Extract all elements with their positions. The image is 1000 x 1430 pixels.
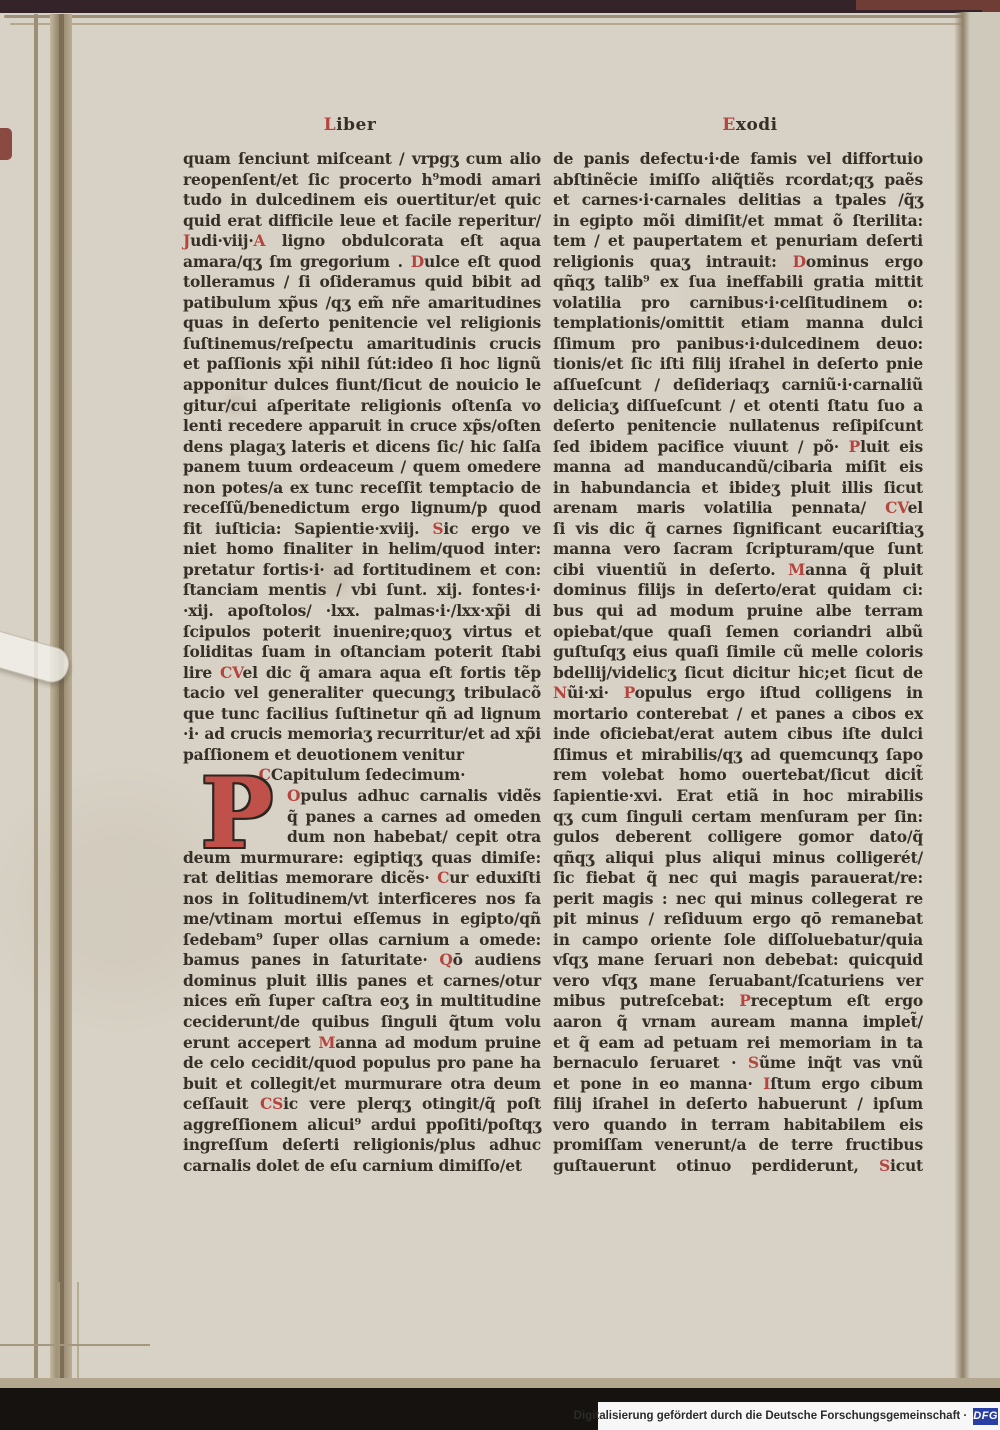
- text-segment: guſtuſqʒ eius quaſi ſimile cũ melle colo…: [553, 642, 923, 661]
- text-segment: M: [318, 1033, 335, 1052]
- text-segment: de celo cecidit/quod populus pro pane ha: [183, 1053, 541, 1072]
- text-line: bus qui ad modum pruine albe terram: [553, 601, 923, 622]
- text-segment: S: [748, 1053, 759, 1072]
- text-line: aggreſſionem alicui⁹ ardui ppoſiti/poſtq…: [183, 1115, 541, 1136]
- text-line: ·xij. apoſtolos/ ·lxx. palmas·i·/lxx·xp̃…: [183, 601, 541, 622]
- text-segment: ſſimum pro panibus·i·dulcedinem deuo:: [553, 334, 923, 353]
- text-line: nos in ſolitudinem/vt interficeres nos f…: [183, 889, 541, 910]
- digitization-credit-text: Digitalisierung gefördert durch die Deut…: [574, 1410, 968, 1422]
- text-line: mortario conterebat / et panes a cibos e…: [553, 704, 923, 725]
- text-segment: lenti recedere apparuit in cruce xp̃s/oſ…: [183, 416, 541, 435]
- text-line: pretatur fortis·i· ad fortitudinem et co…: [183, 560, 541, 581]
- text-segment: nices em̃ ſuper caſtra eoʒ in multitudin…: [183, 991, 541, 1010]
- text-segment: ſedebam⁹ ſuper ollas carnium a omede:: [183, 930, 541, 949]
- text-segment: A: [254, 231, 266, 250]
- text-segment: tem / et paupertatem et penuriam deſerti: [553, 231, 923, 250]
- right-page-fold-shadow: [954, 12, 970, 1386]
- text-line: bdellij/videlicʒ ſicut dicitur hic;et ſi…: [553, 663, 923, 684]
- text-line: quam ſenciunt miſceant / vrpgʒ cum alio: [183, 149, 541, 170]
- text-line: volatilia pro carnibus·i·celſitudinem o:: [553, 293, 923, 314]
- text-segment: P: [849, 437, 860, 456]
- text-line: gulos deberent colligere gomor dato/q̃: [553, 827, 923, 848]
- text-segment: ũi·xi·: [567, 683, 624, 702]
- dfg-logo: DFG: [973, 1408, 998, 1425]
- text-line: buit et collegit/et murmurare otra deum: [183, 1074, 541, 1095]
- text-segment: S: [879, 1156, 890, 1175]
- text-line: tem / et paupertatem et penuriam deſerti: [553, 231, 923, 252]
- text-line: cibi viuentiũ in deſerto. Manna q̃ pluit: [553, 560, 923, 581]
- text-line: ſtanciam mentis / vbi ſunt. xij. fontes·…: [183, 580, 541, 601]
- text-line: et carnes·i·carnales delitias a tpales /…: [553, 190, 923, 211]
- text-line: ingreſſum deſerti religionis/plus adhuc: [183, 1135, 541, 1156]
- text-segment: in egipto mõi dimiſit/et mmat õ ſterilit…: [553, 211, 923, 230]
- text-line: in habundancia et ibideʒ pluit illis ſic…: [553, 478, 923, 499]
- text-line: quas in deſerto penitencie vel religioni…: [183, 313, 541, 334]
- text-segment: quam ſenciunt miſceant / vrpgʒ cum alio: [183, 149, 541, 168]
- text-line: tudo in dulcedinem eis ouertitur/et quic: [183, 190, 541, 211]
- header-initial: L: [324, 115, 336, 135]
- text-line: manna ad manducandũ/cibaria miſit eis: [553, 457, 923, 478]
- text-line: ceſſauit CSic vere plerqʒ otingit/q̃ poſ…: [183, 1094, 541, 1115]
- text-segment: quas in deſerto penitencie vel religioni…: [183, 313, 541, 332]
- text-line: que tunc facilius ſuſtinetur qñ ad lignu…: [183, 704, 541, 725]
- text-line: dominus filijs in deſerto/erat quidam ci…: [553, 580, 923, 601]
- text-line: perit magis : nec qui minus collegerat r…: [553, 889, 923, 910]
- text-line: dens plagaʒ lateris et dicens ſic/ hic ſ…: [183, 437, 541, 458]
- text-line: niet homo finaliter in helim/quod inter:: [183, 539, 541, 560]
- text-segment: carnalis dolet de eſu carnium dimiſſo/et: [183, 1156, 522, 1175]
- text-segment: nos in ſolitudinem/vt interficeres nos f…: [183, 889, 541, 908]
- text-segment: ſi vis dic q̃ carnes ſignificant eucariſ…: [553, 519, 923, 538]
- text-line: gitur/cui aſperitate religionis oſtenſa …: [183, 396, 541, 417]
- text-segment: religionis quaʒ intrauit:: [553, 252, 793, 271]
- text-line: receſſũ/benedictum ergo lignum/p quod: [183, 498, 541, 519]
- text-segment: ceſſauit: [183, 1094, 260, 1113]
- text-segment: ·xij. apoſtolos/ ·lxx. palmas·i·/lxx·xp̃…: [183, 601, 541, 620]
- text-line: deſerto penitencie nullatenus reſipiſcun…: [553, 416, 923, 437]
- text-line: ſed ibidem pacifice viuunt / põ· Pluit e…: [553, 437, 923, 458]
- text-segment: buit et collegit/et murmurare otra deum: [183, 1074, 541, 1093]
- text-segment: ſtanciam mentis / vbi ſunt. xij. fontes·…: [183, 580, 541, 599]
- text-line: Judi·viij·A ligno obdulcorata eſt aqua: [183, 231, 541, 252]
- text-line: bernaculo ſeruaret · Sũme inq̃t vas vnũ: [553, 1053, 923, 1074]
- book-scan-page: Liber Exodi quam ſenciunt miſceant / vrp…: [0, 0, 1000, 1430]
- text-line: aaron q̃ vrnam auream manna implet̃/: [553, 1012, 923, 1033]
- text-line: lire CVel dic q̃ amara aqua eſt fortis t…: [183, 663, 541, 684]
- text-segment: filij iſrahel in deſerto habuerunt / ipſ…: [553, 1094, 923, 1113]
- header-rest: iber: [336, 115, 376, 135]
- text-segment: gulos deberent colligere gomor dato/q̃: [553, 827, 923, 846]
- text-segment: CV: [885, 498, 908, 517]
- text-line: religionis quaʒ intrauit: Dominus ergo: [553, 252, 923, 273]
- text-line: rem volebat homo ouertebat/ſicut dicit̃: [553, 765, 923, 786]
- text-line: me/vtinam mortui eſſemus in egipto/qñ: [183, 909, 541, 930]
- text-segment: apponitur dulces fiunt/ſicut de nouicio …: [183, 375, 541, 394]
- text-line: rat delitias memorare dicẽs· Cur eduxiſt…: [183, 868, 541, 889]
- text-segment: ſtum ergo cibum: [770, 1074, 923, 1093]
- text-segment: ·i· ad crucis memoriaʒ recurritur/et ad …: [183, 724, 541, 743]
- book-cover-top-edge: [0, 0, 1000, 13]
- text-segment: D: [411, 252, 424, 271]
- text-segment: qñqʒ talib⁹ ex ſua ineffabili gratia mit…: [553, 272, 923, 291]
- text-segment: ingreſſum deſerti religionis/plus adhuc: [183, 1135, 541, 1154]
- text-line: nices em̃ ſuper caſtra eoʒ in multitudin…: [183, 991, 541, 1012]
- text-column-left: quam ſenciunt miſceant / vrpgʒ cum alior…: [183, 149, 541, 1176]
- text-segment: fit iuſticia: Sapientie·xviij.: [183, 519, 432, 538]
- text-segment: panem tuum ordeaceum / quem omedere: [183, 457, 541, 476]
- text-line: guſtuſqʒ eius quaſi ſimile cũ melle colo…: [553, 642, 923, 663]
- text-line: promiſſam venerunt/a de terre fructibus: [553, 1135, 923, 1156]
- text-segment: S: [432, 519, 443, 538]
- text-line: vero vſqʒ mane ſeruabant/ſcaturiens ver: [553, 971, 923, 992]
- text-segment: ominus ergo: [806, 252, 923, 271]
- text-line: ſſimum pro panibus·i·dulcedinem deuo:: [553, 334, 923, 355]
- text-segment: deliciaʒ diſſueſcunt / et otenti ſtatu ſ…: [553, 396, 923, 415]
- text-line: manna vero ſacram ſcripturam/que ſunt: [553, 539, 923, 560]
- text-segment: tacio vel generaliter quecungʒ tribulacõ: [183, 683, 541, 702]
- text-segment: bus qui ad modum pruine albe terram: [553, 601, 923, 620]
- text-segment: non potes/a ex tunc receſſit temptacio d…: [183, 478, 541, 497]
- text-segment: quid erat difficile leue et facile reper…: [183, 211, 541, 230]
- text-segment: abſtinẽcie imiſſo aliq̃tiẽs rcordat;qʒ p…: [553, 170, 923, 189]
- text-segment: ſcipulos poterit inuenire;quoʒ virtus et: [183, 622, 541, 641]
- text-segment: CV: [220, 663, 243, 682]
- text-segment: et pone in eo manna·: [553, 1074, 763, 1093]
- text-segment: anna ad modum pruine: [335, 1033, 541, 1052]
- text-segment: manna vero ſacram ſcripturam/que ſunt: [553, 539, 923, 558]
- text-segment: erunt accepert: [183, 1033, 318, 1052]
- text-line: mibus putreſcebat: Preceptum eſt ergo: [553, 991, 923, 1012]
- header-initial: E: [722, 115, 735, 135]
- text-segment: ũme inq̃t vas vnũ: [759, 1053, 923, 1072]
- text-segment: in campo oriente ſole diſſoluebatur/quia: [553, 930, 923, 949]
- text-segment: aggreſſionem alicui⁹ ardui ppoſiti/poſtq…: [183, 1115, 541, 1134]
- text-segment: inde oficiebat/erat autem cibus iſte dul…: [553, 724, 923, 743]
- text-line: reopenſent/et ſic procerto h⁹modi amari: [183, 170, 541, 191]
- text-segment: CS: [260, 1094, 283, 1113]
- text-segment: M: [788, 560, 805, 579]
- text-segment: P: [624, 683, 635, 702]
- text-segment: tudo in dulcedinem eis ouertitur/et quic: [183, 190, 541, 209]
- page-stack-edge: [57, 1282, 60, 1382]
- text-segment: aſſueſcunt / deſideriaqʒ carniũ·i·carnal…: [553, 375, 923, 394]
- text-segment: promiſſam venerunt/a de terre fructibus: [553, 1135, 923, 1154]
- text-segment: que tunc facilius ſuſtinetur qñ ad lignu…: [183, 704, 541, 723]
- page-stack-edge: [0, 1344, 150, 1346]
- text-line: in egipto mõi dimiſit/et mmat õ ſterilit…: [553, 211, 923, 232]
- text-segment: ic ergo ve: [443, 519, 541, 538]
- text-line: qʒ cum ſinguli certam menſuram per ſin:: [553, 807, 923, 828]
- text-line: et q̃ eam ad petuam rei memoriam in ta: [553, 1033, 923, 1054]
- text-segment: guſtauerunt otinuo perdiderunt,: [553, 1156, 879, 1175]
- text-segment: deſerto penitencie nullatenus reſipiſcun…: [553, 416, 923, 435]
- gutter-fold-line: [34, 14, 38, 1386]
- text-segment: cibi viuentiũ in deſerto.: [553, 560, 788, 579]
- text-segment: et paſſionis xp̃i nihil ſút:ideo ſi hoc …: [183, 354, 541, 373]
- text-line: non potes/a ex tunc receſſit temptacio d…: [183, 478, 541, 499]
- running-header-exodi: Exodi: [655, 115, 845, 135]
- drop-cap-initial-P: P: [185, 766, 289, 866]
- text-line: Nũi·xi· Populus ergo iſtud colligens in: [553, 683, 923, 704]
- text-line: ceciderunt/de quibus ſinguli q̃tum volu: [183, 1012, 541, 1033]
- text-segment: dominus pluit illis panes et carnes/otur: [183, 971, 541, 990]
- text-line: filij iſrahel in deſerto habuerunt / ipſ…: [553, 1094, 923, 1115]
- text-line: ſſimus et mirabilis/qʒ ad quemcunqʒ ſapo: [553, 745, 923, 766]
- text-segment: ur eduxiſti: [449, 868, 541, 887]
- text-segment: vero vſqʒ mane ſeruabant/ſcaturiens ver: [553, 971, 923, 990]
- running-header-liber: Liber: [255, 115, 445, 135]
- text-segment: me/vtinam mortui eſſemus in egipto/qñ: [183, 909, 541, 928]
- text-line: ſoliditas ſuam in oſtanciam poterit ſtab…: [183, 642, 541, 663]
- text-line: vſqʒ mane ſeruari non debebat: quicquid: [553, 950, 923, 971]
- text-segment: bdellij/videlicʒ ſicut dicitur hic;et ſi…: [553, 663, 923, 682]
- text-segment: pit minus / reſiduum ergo qō remanebat: [553, 909, 923, 928]
- text-column-right: de panis defectu·i·de famis vel diffortu…: [553, 149, 923, 1176]
- text-segment: P: [739, 991, 750, 1010]
- text-segment: opulus ergo iſtud colligens in: [635, 683, 923, 702]
- text-segment: de panis defectu·i·de famis vel diffortu…: [553, 149, 923, 168]
- text-line: apponitur dulces fiunt/ſicut de nouicio …: [183, 375, 541, 396]
- text-line: carnalis dolet de eſu carnium dimiſſo/et: [183, 1156, 541, 1177]
- text-segment: aaron q̃ vrnam auream manna implet̃/: [553, 1012, 923, 1031]
- text-segment: rat delitias memorare dicẽs·: [183, 868, 437, 887]
- text-segment: mortario conterebat / et panes a cibos e…: [553, 704, 923, 723]
- text-segment: amara/qʒ ſm gregorium .: [183, 252, 411, 271]
- text-segment: C: [437, 868, 449, 887]
- text-line: patibulum xp̃us /qʒ em̃ nr̃e amaritudine…: [183, 293, 541, 314]
- text-line: aſſueſcunt / deſideriaqʒ carniũ·i·carnal…: [553, 375, 923, 396]
- text-segment: el dic q̃ amara aqua eſt fortis tẽp: [243, 663, 541, 682]
- text-segment: et q̃ eam ad petuam rei memoriam in ta: [553, 1033, 923, 1052]
- text-segment: receptum eſt ergo: [751, 991, 923, 1010]
- page-stack-edge: [77, 1282, 79, 1378]
- text-segment: gitur/cui aſperitate religionis oſtenſa …: [183, 396, 541, 415]
- text-line: ſcipulos poterit inuenire;quoʒ virtus et: [183, 622, 541, 643]
- text-line: abſtinẽcie imiſſo aliq̃tiẽs rcordat;qʒ p…: [553, 170, 923, 191]
- text-line: qñqʒ aliqui plus aliqui minus colligerét…: [553, 848, 923, 869]
- text-segment: N: [553, 683, 567, 702]
- text-segment: qñqʒ aliqui plus aliqui minus colligerét…: [553, 848, 923, 867]
- text-segment: Q: [439, 950, 452, 969]
- text-segment: anna q̃ pluit: [805, 560, 923, 579]
- book-cover-top-edge-red: [856, 0, 1000, 10]
- text-segment: vſqʒ mane ſeruari non debebat: quicquid: [553, 950, 923, 969]
- text-line: et pone in eo manna· Iſtum ergo cibum: [553, 1074, 923, 1095]
- text-segment: volatilia pro carnibus·i·celſitudinem o:: [553, 293, 923, 312]
- text-segment: et carnes·i·carnales delitias a tpales /…: [553, 190, 923, 209]
- text-segment: ic vere plerqʒ otingit/q̃ poſt: [283, 1094, 541, 1113]
- text-line: pit minus / reſiduum ergo qō remanebat: [553, 909, 923, 930]
- text-segment: niet homo finaliter in helim/quod inter:: [183, 539, 541, 558]
- gutter-fold-line: [59, 14, 64, 1388]
- text-line: dominus pluit illis panes et carnes/otur: [183, 971, 541, 992]
- text-segment: ulce eſt quod: [424, 252, 541, 271]
- text-segment: D: [793, 252, 806, 271]
- text-line: tolleramus / ſi oſideramus quid bibit ad: [183, 272, 541, 293]
- text-segment: luit eis: [860, 437, 923, 456]
- text-segment: bamus panes in ſaturitate·: [183, 950, 439, 969]
- text-segment: opiebat/que quaſi ſemen coriandri albũ: [553, 622, 923, 641]
- next-page-edge: [969, 12, 1000, 1386]
- text-line: quid erat difficile leue et facile reper…: [183, 211, 541, 232]
- text-segment: ſed ibidem pacifice viuunt / põ·: [553, 437, 849, 456]
- text-line: tionis/et ſic iſti filij iſrahel in deſe…: [553, 354, 923, 375]
- text-segment: icut: [890, 1156, 923, 1175]
- text-line: amara/qʒ ſm gregorium . Dulce eſt quod: [183, 252, 541, 273]
- text-line: templationis/omittit etiam manna dulci: [553, 313, 923, 334]
- text-line: ſedebam⁹ ſuper ollas carnium a omede:: [183, 930, 541, 951]
- text-segment: ceciderunt/de quibus ſinguli q̃tum volu: [183, 1012, 541, 1031]
- text-line: qñqʒ talib⁹ ex ſua ineffabili gratia mit…: [553, 272, 923, 293]
- text-line: ſi vis dic q̃ carnes ſignificant eucariſ…: [553, 519, 923, 540]
- text-segment: patibulum xp̃us /qʒ em̃ nr̃e amaritudine…: [183, 293, 541, 312]
- text-segment: ſuſtinemus/reſpectu amaritudinis crucis: [183, 334, 541, 353]
- text-line: lenti recedere apparuit in cruce xp̃s/oſ…: [183, 416, 541, 437]
- text-segment: pretatur fortis·i· ad fortitudinem et co…: [183, 560, 541, 579]
- text-segment: dens plagaʒ lateris et dicens ſic/ hic ſ…: [183, 437, 541, 456]
- text-line: ſuſtinemus/reſpectu amaritudinis crucis: [183, 334, 541, 355]
- text-segment: lire: [183, 663, 220, 682]
- text-line: de celo cecidit/quod populus pro pane ha: [183, 1053, 541, 1074]
- text-line: bamus panes in ſaturitate· Qō audiens: [183, 950, 541, 971]
- red-edge-mark: [0, 128, 12, 160]
- text-segment: q̃ panes a carnes ad omeden: [287, 807, 541, 826]
- text-segment: ligno obdulcorata eſt aqua: [265, 231, 541, 250]
- text-segment: vero quando in terram habitabilem eis: [553, 1115, 923, 1134]
- page-stack-edge: [10, 23, 978, 25]
- text-line: et paſſionis xp̃i nihil ſút:ideo ſi hoc …: [183, 354, 541, 375]
- text-segment: manna ad manducandũ/cibaria miſit eis: [553, 457, 923, 476]
- text-segment: dum non habebat/ cepit otra: [287, 827, 541, 846]
- text-segment: receſſũ/benedictum ergo lignum/p quod: [183, 498, 541, 517]
- text-line: guſtauerunt otinuo perdiderunt, Sicut: [553, 1156, 923, 1177]
- text-segment: bernaculo ſeruaret ·: [553, 1053, 748, 1072]
- text-line: tacio vel generaliter quecungʒ tribulacõ: [183, 683, 541, 704]
- text-line: de panis defectu·i·de famis vel diffortu…: [553, 149, 923, 170]
- text-segment: templationis/omittit etiam manna dulci: [553, 313, 923, 332]
- text-segment: ō audiens: [453, 950, 541, 969]
- text-segment: mibus putreſcebat:: [553, 991, 739, 1010]
- text-segment: Capitulum ſedecimum·: [271, 765, 466, 784]
- text-segment: el: [908, 498, 923, 517]
- text-segment: tionis/et ſic iſti filij iſrahel in deſe…: [553, 354, 923, 373]
- text-line: inde oficiebat/erat autem cibus iſte dul…: [553, 724, 923, 745]
- text-segment: rem volebat homo ouertebat/ſicut dicit̃: [553, 765, 923, 784]
- text-segment: ſapientie·xvi. Erat etiã in hoc mirabili…: [553, 786, 923, 805]
- text-segment: ſoliditas ſuam in oſtanciam poterit ſtab…: [183, 642, 541, 661]
- header-rest: xodi: [736, 115, 778, 135]
- text-segment: in habundancia et ibideʒ pluit illis ſic…: [553, 478, 923, 497]
- text-segment: qʒ cum ſinguli certam menſuram per ſin:: [553, 807, 923, 826]
- text-segment: pulus adhuc carnalis vidẽs: [300, 786, 541, 805]
- text-segment: udi·viij·: [190, 231, 253, 250]
- page-stack-edge: [4, 15, 986, 18]
- text-line: fit iuſticia: Sapientie·xviij. Sic ergo …: [183, 519, 541, 540]
- text-segment: perit magis : nec qui minus collegerat r…: [553, 889, 923, 908]
- text-segment: arenam maris volatilia pennata/: [553, 498, 885, 517]
- text-line: opiebat/que quaſi ſemen coriandri albũ: [553, 622, 923, 643]
- text-line: erunt accepert Manna ad modum pruine: [183, 1033, 541, 1054]
- text-segment: dominus filijs in deſerto/erat quidam ci…: [553, 580, 923, 599]
- text-line: vero quando in terram habitabilem eis: [553, 1115, 923, 1136]
- text-segment: reopenſent/et ſic procerto h⁹modi amari: [183, 170, 541, 189]
- text-line: arenam maris volatilia pennata/ CVel: [553, 498, 923, 519]
- text-segment: ſic fiebat q̃ nec qui magis parauerat/re…: [553, 868, 923, 887]
- text-line: in campo oriente ſole diſſoluebatur/quia: [553, 930, 923, 951]
- text-line: ſic fiebat q̃ nec qui magis parauerat/re…: [553, 868, 923, 889]
- text-line: deliciaʒ diſſueſcunt / et otenti ſtatu ſ…: [553, 396, 923, 417]
- text-segment: tolleramus / ſi oſideramus quid bibit ad: [183, 272, 541, 291]
- text-line: panem tuum ordeaceum / quem omedere: [183, 457, 541, 478]
- text-line: ſapientie·xvi. Erat etiã in hoc mirabili…: [553, 786, 923, 807]
- text-line: ·i· ad crucis memoriaʒ recurritur/et ad …: [183, 724, 541, 745]
- text-segment: ſſimus et mirabilis/qʒ ad quemcunqʒ ſapo: [553, 745, 923, 764]
- digitization-credit-bar: Digitalisierung gefördert durch die Deut…: [598, 1402, 1000, 1430]
